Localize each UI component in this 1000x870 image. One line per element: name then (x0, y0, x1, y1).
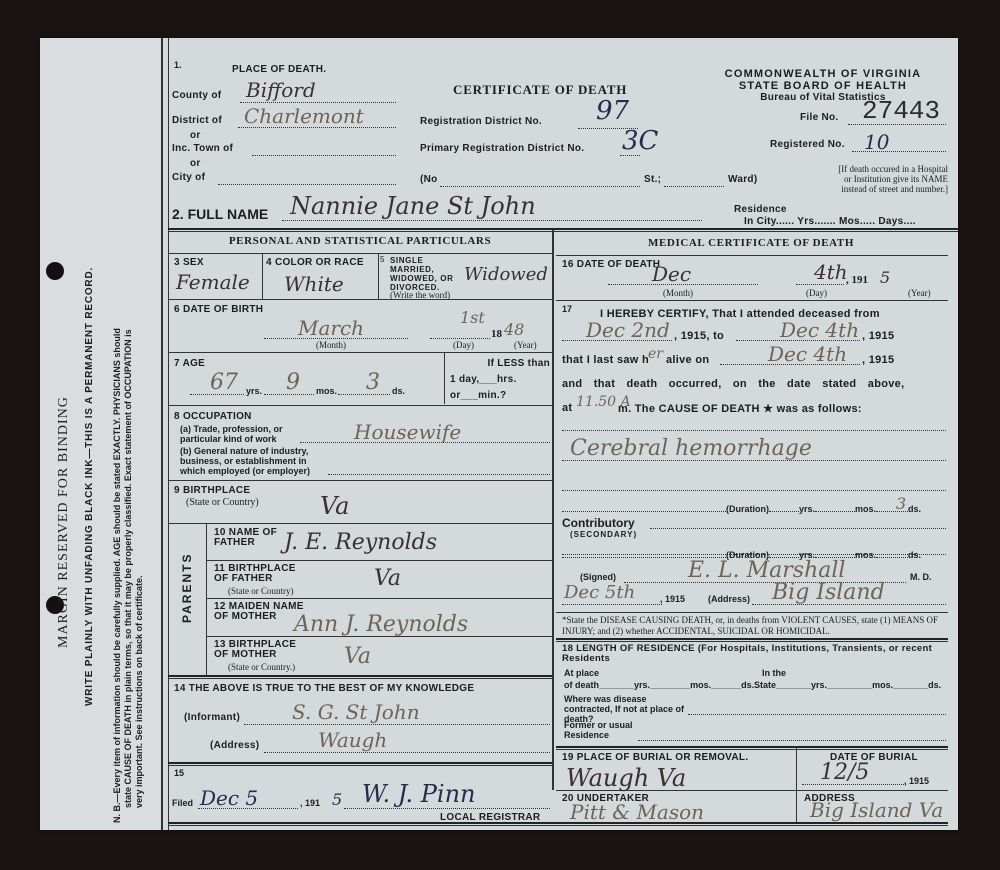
occurred-text: and that death occurred, on the date sta… (562, 378, 904, 390)
full-name-label: 2. FULL NAME (172, 206, 268, 222)
state-line-1: COMMONWEALTH OF VIRGINIA (708, 68, 938, 80)
less-than-day: If LESS than 1 day,___hrs. or___min.? (450, 356, 550, 404)
margin-nb-line2: state CAUSE OF DEATH in plain terms, so … (123, 329, 133, 808)
item-1-number: 1. (174, 60, 182, 70)
marital-value[interactable]: Widowed (464, 264, 548, 285)
age-years-value[interactable]: 67 (210, 370, 238, 395)
occupation-b-label: (b) General nature of industry, business… (180, 446, 330, 476)
registration-district-value[interactable]: 97 (596, 96, 629, 126)
death-year-caption: (Year) (908, 288, 931, 298)
filed-year-value[interactable]: 5 (332, 790, 342, 809)
date-of-burial-value[interactable]: 12/5 (820, 760, 869, 785)
at-label: at (562, 402, 572, 414)
file-no-value: 27443 (862, 96, 940, 126)
physician-address-value[interactable]: Big Island (772, 580, 885, 605)
ward-label: Ward) (728, 174, 757, 185)
or-label-1: or (190, 130, 201, 141)
undertaker-value[interactable]: Pitt & Mason (570, 800, 704, 824)
last-saw-year: , 1915 (862, 354, 894, 366)
mother-name-label: 12 MAIDEN NAME OF MOTHER (214, 602, 304, 622)
signed-label: (Signed) (580, 572, 616, 582)
item-17-number: 17 (562, 304, 572, 314)
punch-hole-top (46, 262, 64, 280)
attended-to-value[interactable]: Dec 4th (780, 318, 859, 342)
duration-label-1: (Duration) (726, 504, 769, 514)
death-year-prefix: , 191 (846, 274, 868, 286)
in-city-label: In City (744, 216, 776, 227)
dob-day-caption: (Day) (453, 340, 474, 350)
age-months-value[interactable]: 9 (286, 370, 300, 395)
signature-date-value[interactable]: Dec 5th (564, 582, 635, 603)
age-label: 7 AGE (174, 358, 205, 369)
dob-year-value[interactable]: 48 (504, 320, 524, 339)
date-of-death-label: 16 DATE OF DEATH (562, 259, 660, 270)
father-birthplace-hint: (State or Country) (228, 586, 294, 596)
color-race-value[interactable]: White (284, 272, 344, 296)
duration-mos-label-1: mos. (855, 504, 876, 514)
less-than-line1: If LESS than (450, 356, 550, 372)
last-saw-text: that I last saw h (562, 354, 649, 366)
duration-days-value[interactable]: 3 (896, 494, 906, 513)
duration-row-1: (Duration)yrs.mos.ds. (562, 504, 946, 514)
attended-from-year: , 1915, to (674, 330, 724, 342)
place-of-burial-label: 19 PLACE OF BURIAL OR REMOVAL. (562, 752, 748, 763)
in-the-label: In the (762, 668, 786, 678)
informant-address-label: (Address) (210, 740, 259, 751)
district-label: District of (172, 115, 222, 126)
death-day-caption: (Day) (806, 288, 827, 298)
place-of-burial-value[interactable]: Waugh Va (566, 764, 686, 792)
residence-in-city: Residence In City...... Yrs....... Mos..… (734, 204, 916, 228)
district-value[interactable]: Charlemont (244, 104, 364, 128)
at-place-of-death-fields: of death_______yrs.________mos.______ds. (564, 680, 754, 690)
filed-date-value[interactable]: Dec 5 (200, 786, 258, 810)
color-race-label: 4 COLOR OR RACE (266, 257, 364, 268)
file-no-label: File No. (800, 112, 839, 123)
registrar-signature[interactable]: W. J. Pinn (362, 780, 475, 808)
informant-header: 14 THE ABOVE IS TRUE TO THE BEST OF MY K… (174, 683, 474, 694)
at-place-label: At place (564, 668, 599, 678)
margin-binding-text: MARGIN RESERVED FOR BINDING (56, 396, 72, 648)
residence-in-city-fields: In City...... Yrs....... Mos..... Days..… (734, 216, 916, 228)
filed-year-prefix: , 191 (300, 798, 320, 808)
father-name-label: 10 NAME OF FATHER (214, 528, 284, 548)
death-certificate: MARGIN RESERVED FOR BINDING WRITE PLAINL… (40, 38, 958, 830)
dob-month-caption: (Month) (316, 340, 346, 350)
informant-value[interactable]: S. G. St John (292, 700, 420, 724)
residence-mos-label: Mos. (839, 216, 863, 227)
death-month-caption: (Month) (663, 288, 693, 298)
dob-year-caption: (Year) (514, 340, 537, 350)
md-label: M. D. (910, 572, 932, 582)
county-value[interactable]: Bifford (246, 78, 316, 102)
street-label: St.; (644, 174, 661, 185)
occupation-label: 8 OCCUPATION (174, 411, 252, 422)
dob-year-prefix: 18 (491, 328, 502, 340)
death-year-value[interactable]: 5 (880, 268, 890, 287)
last-saw-pronoun[interactable]: er (648, 346, 663, 362)
dob-month-value[interactable]: March (298, 316, 364, 340)
informant-label: (Informant) (184, 712, 240, 723)
primary-registration-value[interactable]: 3C (622, 126, 658, 156)
less-than-line2: 1 day,___hrs. (450, 372, 550, 388)
hospital-note: [If death occured in a Hospital or Insti… (830, 164, 948, 194)
city-label: City of (172, 172, 205, 183)
filed-label: Filed (172, 798, 193, 808)
in-state-fields: State_______yrs._________mos._______ds. (754, 680, 941, 690)
inc-town-label: Inc. Town of (172, 143, 233, 154)
secondary-label: (SECONDARY) (570, 530, 637, 539)
less-than-line3: or___min.? (450, 388, 550, 404)
cause-of-death-text: m. The CAUSE OF DEATH ★ was as follows: (618, 402, 862, 415)
full-name-value[interactable]: Nannie Jane St John (290, 192, 536, 220)
residence-label: Residence (734, 204, 916, 216)
birthplace-label: 9 BIRTHPLACE (174, 485, 250, 496)
marital-label: SINGLE MARRIED, WIDOWED, OR DIVORCED. (390, 256, 460, 292)
binding-margin: MARGIN RESERVED FOR BINDING WRITE PLAINL… (40, 38, 162, 830)
mother-birthplace-hint: (State or Country.) (228, 662, 295, 672)
length-of-residence-label: 18 LENGTH OF RESIDENCE (For Hospitals, I… (562, 644, 948, 664)
father-birthplace-label: 11 BIRTHPLACE OF FATHER (214, 564, 304, 584)
cause-of-death-value[interactable]: Cerebral hemorrhage (570, 436, 812, 461)
birthplace-hint: (State or Country) (186, 497, 259, 508)
birthplace-value[interactable]: Va (320, 492, 349, 520)
undertaker-address-value[interactable]: Big Island Va (810, 798, 943, 822)
county-label: County of (172, 90, 221, 101)
residence-yrs-label: Yrs. (797, 216, 817, 227)
duration-ds-label-2: ds. (908, 550, 921, 560)
registered-no-value[interactable]: 10 (864, 130, 889, 154)
parents-label: PARENTS (180, 553, 194, 623)
street-no-label: (No (420, 174, 438, 185)
signature-year: , 1915 (660, 594, 685, 604)
margin-nb-line3: very important. See instructions on back… (134, 575, 144, 808)
certificate-form: 1. PLACE OF DEATH. CERTIFICATE OF DEATH … (168, 38, 958, 830)
father-name-value[interactable]: J. E. Reynolds (284, 530, 437, 555)
father-birthplace-value[interactable]: Va (374, 566, 401, 591)
margin-ink-text: WRITE PLAINLY WITH UNFADING BLACK INK—TH… (84, 267, 95, 706)
contributory-label: Contributory (562, 516, 635, 530)
age-days-value[interactable]: 3 (366, 370, 380, 395)
residence-days-label: Days (878, 216, 903, 227)
place-of-death-heading: PLACE OF DEATH. (232, 64, 326, 75)
dob-day-value[interactable]: 1st (460, 308, 485, 327)
death-day-value[interactable]: 4th (814, 260, 848, 284)
age-yrs-label: yrs. (246, 386, 262, 396)
burial-year: , 1915 (904, 776, 929, 786)
sex-value[interactable]: Female (176, 270, 250, 294)
mother-birthplace-value[interactable]: Va (344, 644, 371, 669)
occupation-a-label: (a) Trade, profession, or particular kin… (180, 424, 298, 444)
physician-address-label: (Address) (708, 594, 750, 604)
marital-item-no: 5 (380, 255, 384, 264)
alive-on-text: alive on (666, 354, 709, 366)
cause-footnote: *State the DISEASE CAUSING DEATH, or, in… (562, 615, 948, 637)
medical-section-title: MEDICAL CERTIFICATE OF DEATH (556, 237, 946, 249)
duration-yrs-label-1: yrs. (799, 504, 815, 514)
duration-ds-label-1: ds. (908, 504, 921, 514)
margin-nb-line1: N. B.—Every item of information should b… (112, 328, 122, 823)
registered-no-label: Registered No. (770, 139, 845, 150)
or-label-2: or (190, 158, 201, 169)
personal-section-title: PERSONAL AND STATISTICAL PARTICULARS (168, 235, 552, 247)
mother-name-value[interactable]: Ann J. Reynolds (294, 612, 468, 637)
last-saw-date-value[interactable]: Dec 4th (768, 342, 847, 366)
informant-address-value[interactable]: Waugh (318, 728, 387, 752)
attended-from-value[interactable]: Dec 2nd (586, 318, 670, 342)
age-mos-label: mos. (316, 386, 337, 396)
mother-birthplace-label: 13 BIRTHPLACE OF MOTHER (214, 640, 304, 660)
age-ds-label: ds. (392, 386, 405, 396)
dob-label: 6 DATE OF BIRTH (174, 304, 263, 315)
state-line-2: STATE BOARD OF HEALTH (708, 80, 938, 92)
duration-mos-label-2: mos. (855, 550, 876, 560)
occupation-value[interactable]: Housewife (354, 420, 461, 444)
item-15-number: 15 (174, 768, 184, 778)
registration-district-label: Registration District No. (420, 116, 542, 127)
death-month-value[interactable]: Dec (652, 262, 691, 286)
primary-registration-label: Primary Registration District No. (420, 143, 584, 154)
attended-to-year: , 1915 (862, 330, 894, 342)
sex-label: 3 SEX (174, 257, 204, 268)
former-residence-label: Former or usual Residence (564, 720, 644, 740)
